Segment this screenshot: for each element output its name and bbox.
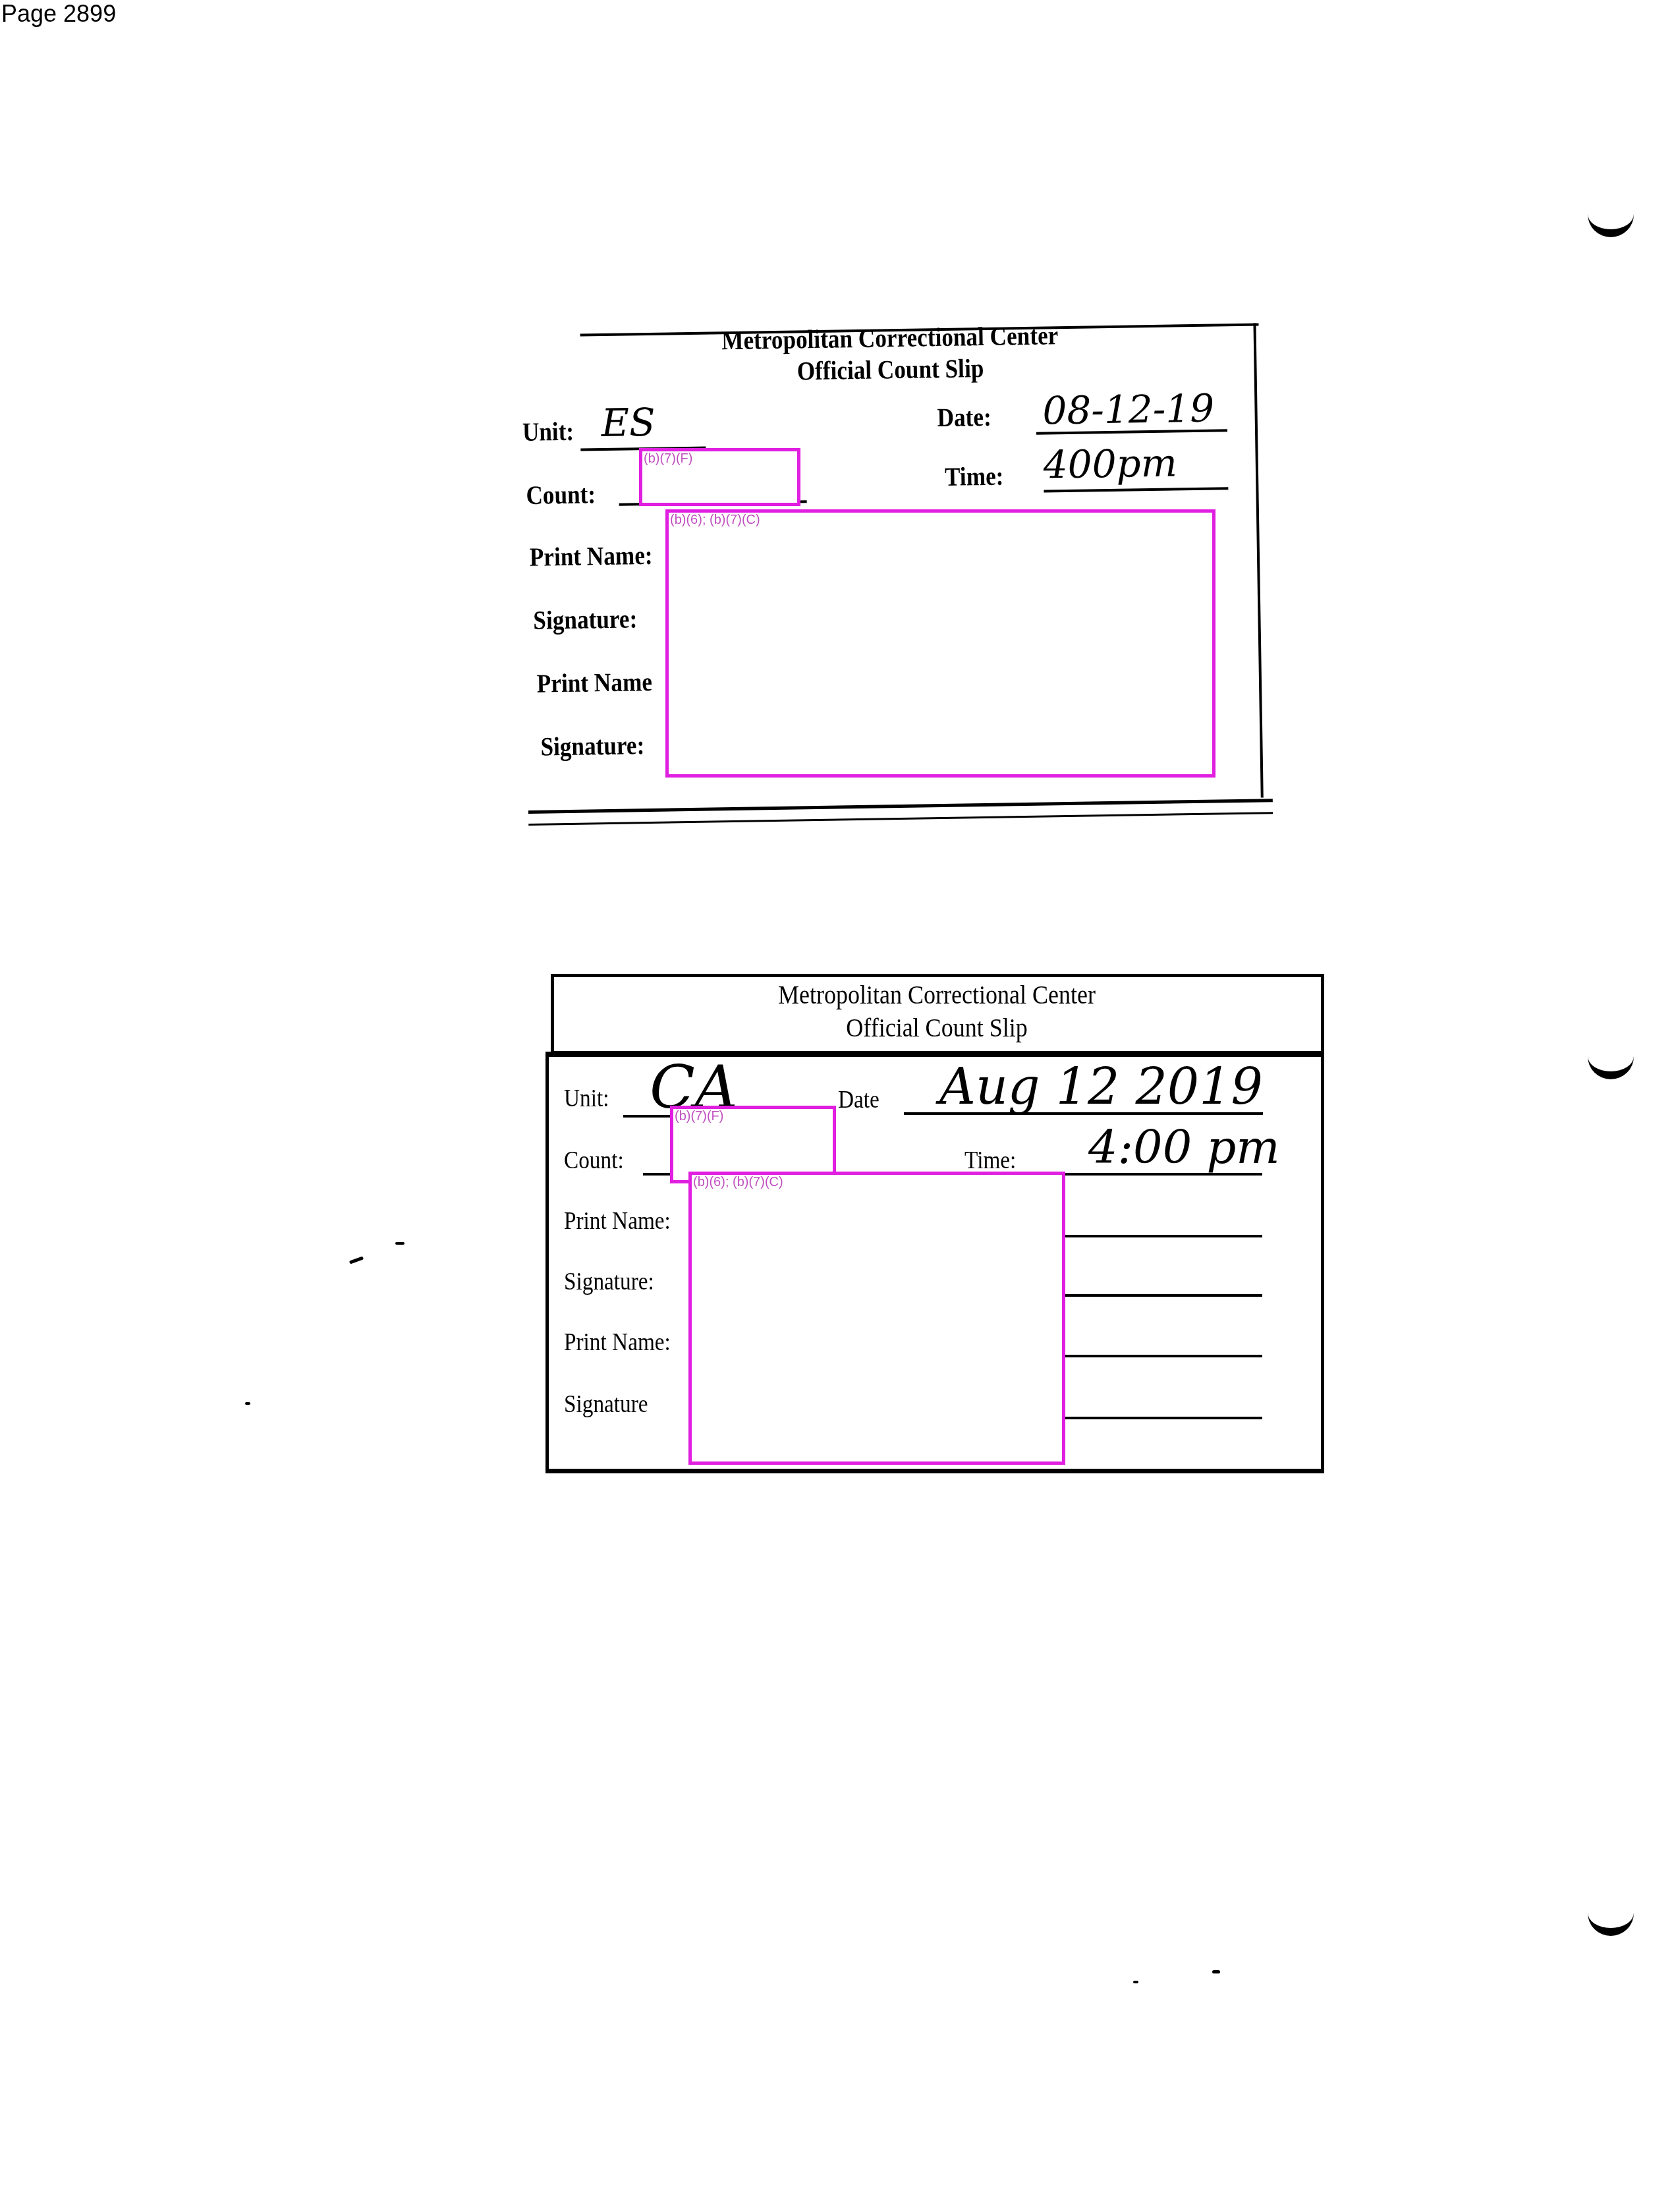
redaction-box-count: (b)(7)(F)	[639, 448, 800, 506]
slip-subtitle: Official Count Slip	[590, 1012, 1285, 1043]
redaction-box-names: (b)(6); (b)(7)(C)	[665, 509, 1215, 778]
print-name-label-2: Print Name	[537, 666, 653, 699]
redaction-code: (b)(6); (b)(7)(C)	[693, 1175, 783, 1190]
scan-speck	[1133, 1981, 1138, 1983]
scan-speck	[1212, 1970, 1220, 1973]
signature-underline-2	[1065, 1417, 1262, 1419]
redaction-box-names: (b)(6); (b)(7)(C)	[688, 1172, 1065, 1465]
signature-label-2: Signature:	[540, 729, 644, 762]
unit-value: ES	[601, 400, 656, 445]
slip-border	[528, 799, 1273, 814]
time-underline	[1044, 487, 1228, 492]
punch-hole-mark-icon	[1588, 1054, 1634, 1079]
date-underline	[904, 1112, 1263, 1115]
signature-label-2: Signature	[564, 1390, 648, 1419]
print-name-underline-1	[1065, 1235, 1262, 1237]
page-number-label: Page 2899	[1, 0, 116, 28]
signature-label-1: Signature:	[564, 1268, 654, 1296]
date-label: Date	[838, 1086, 880, 1114]
print-name-label-1: Print Name:	[564, 1207, 671, 1235]
date-value: 08-12-19	[1042, 385, 1215, 433]
time-underline	[1032, 1173, 1262, 1176]
count-label: Count:	[526, 478, 596, 511]
signature-underline-1	[1065, 1294, 1262, 1297]
slip-border	[1253, 323, 1263, 797]
slip-border	[528, 812, 1273, 826]
redaction-code: (b)(7)(F)	[644, 451, 692, 467]
time-label: Time:	[964, 1147, 1016, 1175]
date-value: Aug 12 2019	[939, 1057, 1263, 1116]
signature-label-1: Signature:	[533, 603, 637, 635]
scan-speck	[349, 1256, 364, 1264]
time-label: Time:	[945, 461, 1004, 492]
punch-hole-mark-icon	[1588, 1911, 1634, 1936]
print-name-label-1: Print Name:	[530, 540, 653, 573]
unit-label: Unit:	[564, 1085, 609, 1113]
print-name-underline-2	[1065, 1355, 1262, 1357]
print-name-label-2: Print Name:	[564, 1328, 671, 1357]
time-value: 400pm	[1043, 440, 1177, 487]
redaction-code: (b)(7)(F)	[675, 1109, 723, 1124]
redaction-code: (b)(6); (b)(7)(C)	[670, 513, 760, 528]
date-label: Date:	[937, 401, 992, 433]
slip-title: Metropolitan Correctional Center	[590, 979, 1285, 1010]
time-value: 4:00 pm	[1088, 1120, 1280, 1174]
scan-speck	[395, 1242, 405, 1245]
scan-speck	[245, 1402, 250, 1405]
punch-hole-mark-icon	[1588, 212, 1634, 237]
unit-label: Unit:	[522, 416, 574, 447]
count-label: Count:	[564, 1147, 624, 1175]
